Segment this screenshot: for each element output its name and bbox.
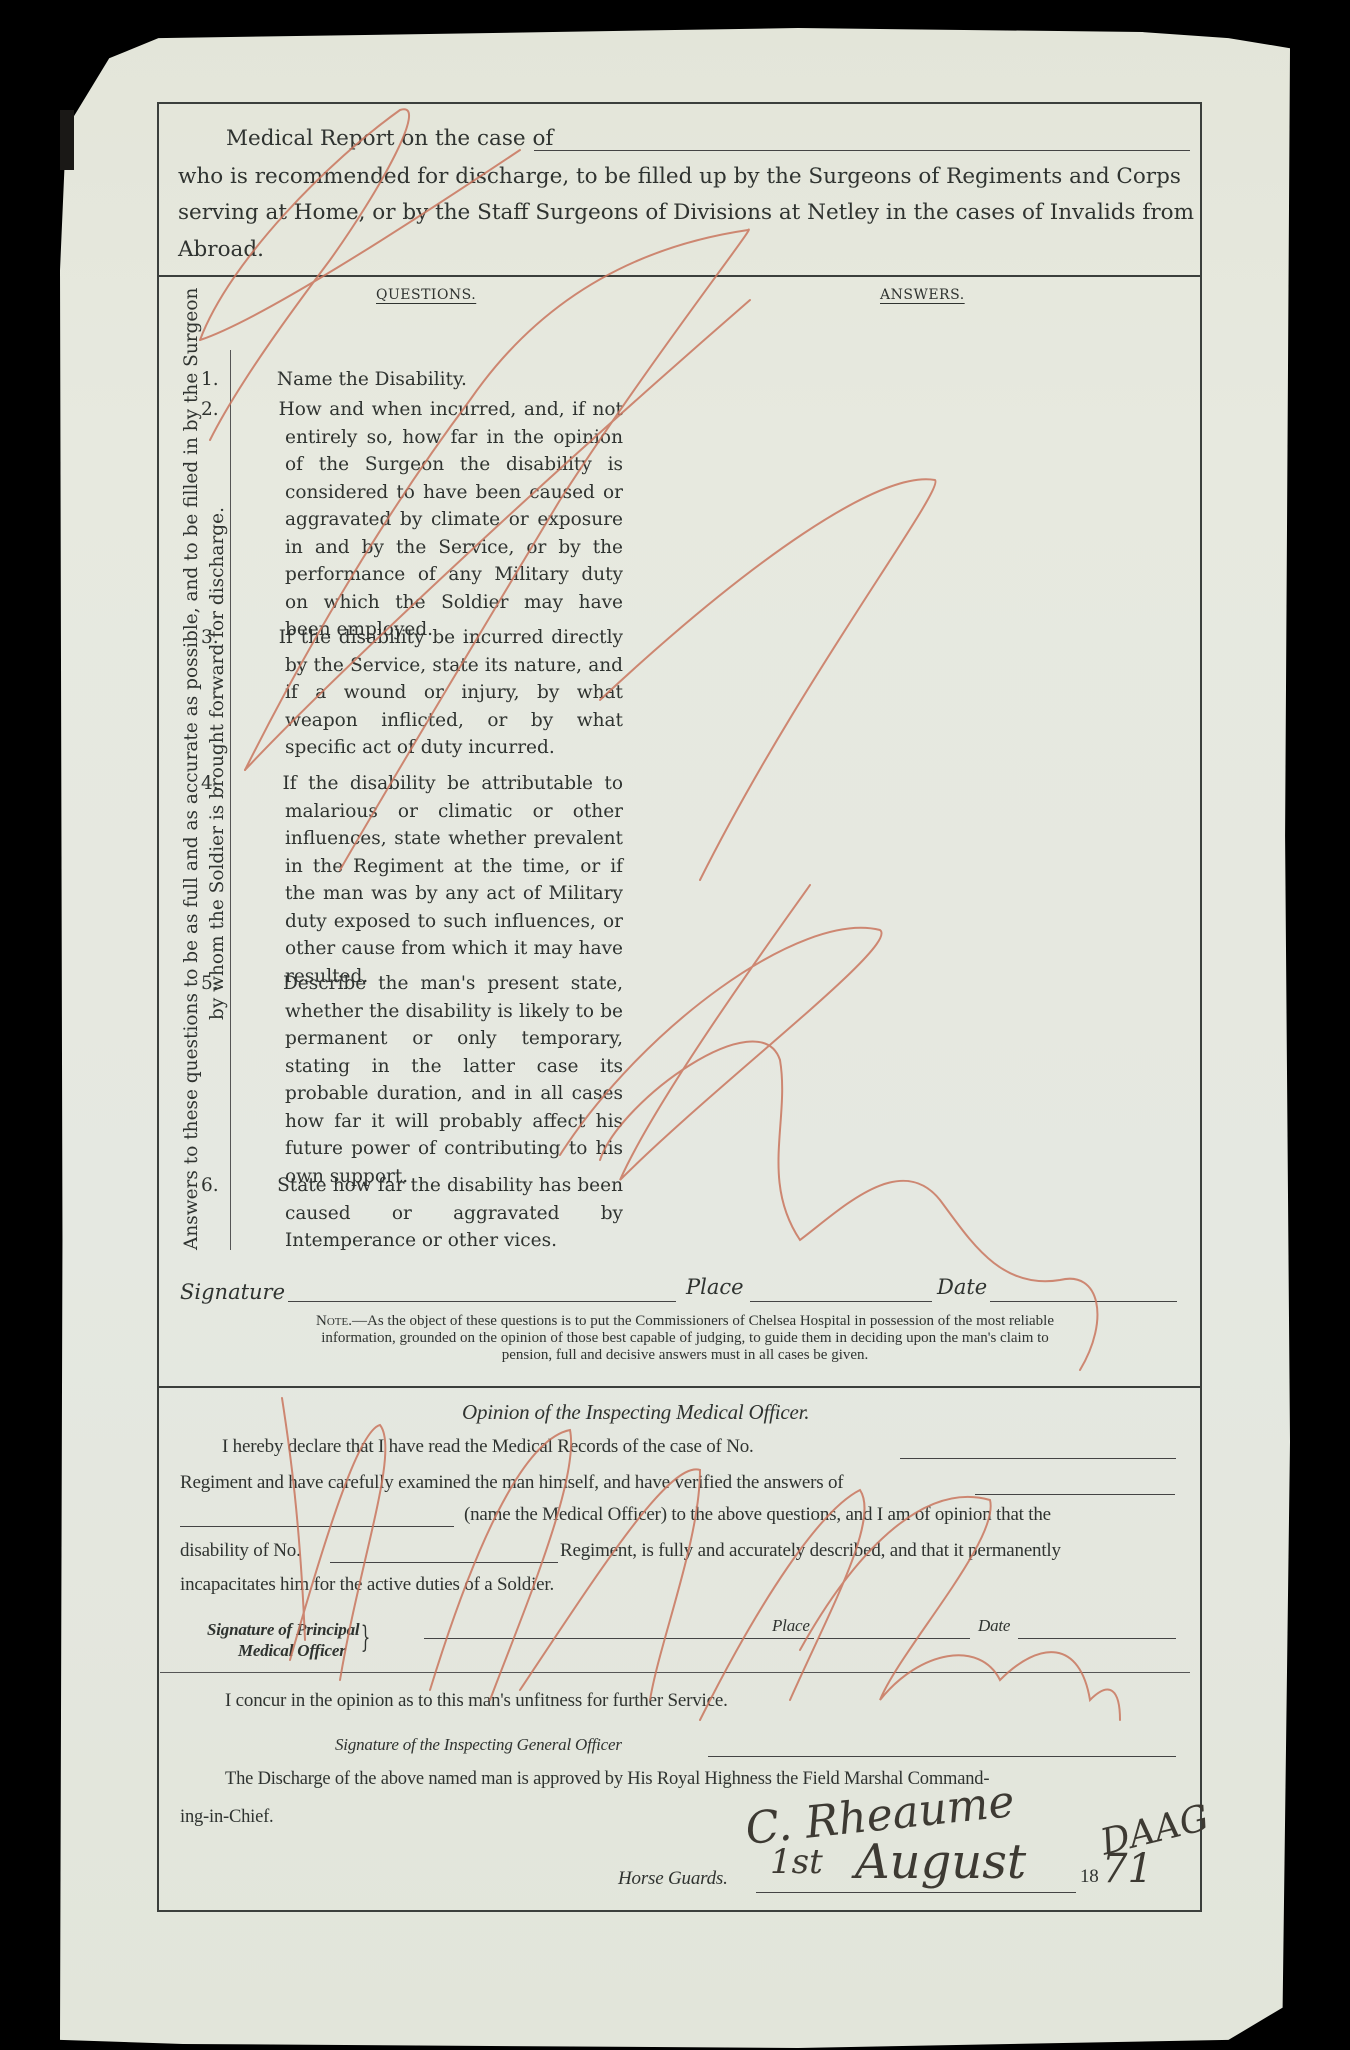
handwritten-day: 1st [770, 1842, 823, 1882]
place-label: Place [686, 1275, 744, 1300]
question-number: 1. [243, 366, 271, 394]
note-paragraph: Note.—As the object of these questions i… [195, 1313, 1175, 1364]
question-number: 5. [243, 970, 271, 998]
question-2: 2. How and when incurred, and, if not en… [243, 396, 623, 644]
header-line-2: who is recommended for discharge, to be … [178, 164, 1181, 190]
opinion-line-4b: Regiment, is fully and accurately descri… [560, 1540, 1061, 1563]
surgeon-signature-field[interactable] [288, 1283, 676, 1302]
question-text: State how far the disability has been ca… [277, 1175, 623, 1251]
pmo-place-label: Place [772, 1616, 810, 1636]
surgeon-place-field[interactable] [750, 1283, 932, 1302]
brace-icon: } [361, 1620, 371, 1656]
pmo-date-label: Date [978, 1616, 1010, 1636]
pmo-label-line-2: Medical Officer [238, 1641, 346, 1661]
header-line-4: Abroad. [178, 237, 264, 263]
question-number: 3. [243, 624, 271, 652]
question-number: 6. [243, 1172, 271, 1200]
question-5: 5. Describe the man's present state, whe… [243, 970, 623, 1190]
opinion-title: Opinion of the Inspecting Medical Office… [462, 1400, 809, 1425]
question-6: 6. State how far the disability has been… [243, 1172, 623, 1255]
header-divider [157, 275, 1202, 277]
approval-line-1: The Discharge of the above named man is … [225, 1768, 989, 1790]
side-instruction-line-1: Answers to these questions to be as full… [180, 288, 204, 1250]
question-text: If the disability be incurred directly b… [279, 627, 623, 758]
handwritten-year-suffix: 71 [1102, 1846, 1153, 1892]
report-title-prefix: Medical Report on the case of [226, 126, 553, 152]
pmo-date-field[interactable] [1018, 1620, 1176, 1639]
inspecting-general-sign-label: Signature of the Inspecting General Offi… [335, 1735, 622, 1755]
concur-text: I concur in the opinion as to this man's… [225, 1690, 728, 1713]
opinion-divider [157, 1386, 1202, 1388]
date-label: Date [937, 1275, 987, 1300]
note-line-1: —As the object of these questions is to … [352, 1313, 1054, 1329]
answers-area[interactable] [640, 340, 1190, 1240]
date-period: . [1140, 1866, 1145, 1889]
binding-tab [60, 110, 74, 170]
medical-officer-name-field[interactable] [180, 1508, 454, 1527]
case-number-field[interactable] [900, 1440, 1176, 1459]
side-instruction-line-2: by whom the Soldier is brought forward f… [206, 507, 230, 1020]
surgeon-date-field[interactable] [990, 1283, 1177, 1302]
horse-guards-label: Horse Guards. [618, 1868, 728, 1891]
inspecting-general-signature-field[interactable] [708, 1738, 1176, 1757]
question-number: 2. [243, 396, 271, 424]
note-line-3: pension, full and decisive answers must … [195, 1347, 1175, 1364]
header-line-3: serving at Home, or by the Staff Surgeon… [178, 200, 1194, 226]
opinion-line-4a: disability of No. [180, 1540, 301, 1563]
case-name-field[interactable] [534, 132, 1190, 151]
pmo-signature-field[interactable] [424, 1620, 814, 1639]
opinion-line-2: Regiment and have carefully examined the… [180, 1472, 843, 1495]
question-1: 1. Name the Disability. [243, 366, 623, 394]
opinion-line-5: incapacitates him for the active duties … [180, 1574, 554, 1597]
opinion-line-1: I hereby declare that I have read the Me… [222, 1436, 754, 1459]
note-line-2: information, grounded on the opinion of … [195, 1330, 1175, 1347]
questions-column-header: QUESTIONS. [376, 287, 476, 304]
question-3: 3. If the disability be incurred directl… [243, 624, 623, 762]
questions-brace [230, 350, 241, 1250]
pmo-place-field[interactable] [818, 1620, 970, 1639]
answers-column-header: ANSWERS. [880, 287, 965, 304]
question-text: Describe the man's present state, whethe… [283, 973, 623, 1187]
handwritten-month: August [855, 1834, 1026, 1890]
year-prefix: 18 [1080, 1866, 1099, 1889]
concur-divider [160, 1672, 1190, 1673]
opinion-line-3: (name the Medical Officer) to the above … [464, 1504, 1051, 1527]
question-text: How and when incurred, and, if not entir… [279, 399, 623, 640]
question-number: 4. [243, 770, 271, 798]
question-4: 4. If the disability be attributable to … [243, 770, 623, 990]
question-text: If the disability be attributable to mal… [282, 773, 623, 987]
note-label: Note. [316, 1313, 352, 1329]
disability-number-field[interactable] [330, 1544, 558, 1563]
verified-answers-of-field[interactable] [975, 1476, 1175, 1495]
pmo-label-line-1: Signature of Principal [207, 1620, 359, 1640]
signature-label: Signature [180, 1280, 285, 1305]
approval-line-2: ing-in-Chief. [180, 1806, 273, 1828]
question-text: Name the Disability. [277, 369, 467, 390]
